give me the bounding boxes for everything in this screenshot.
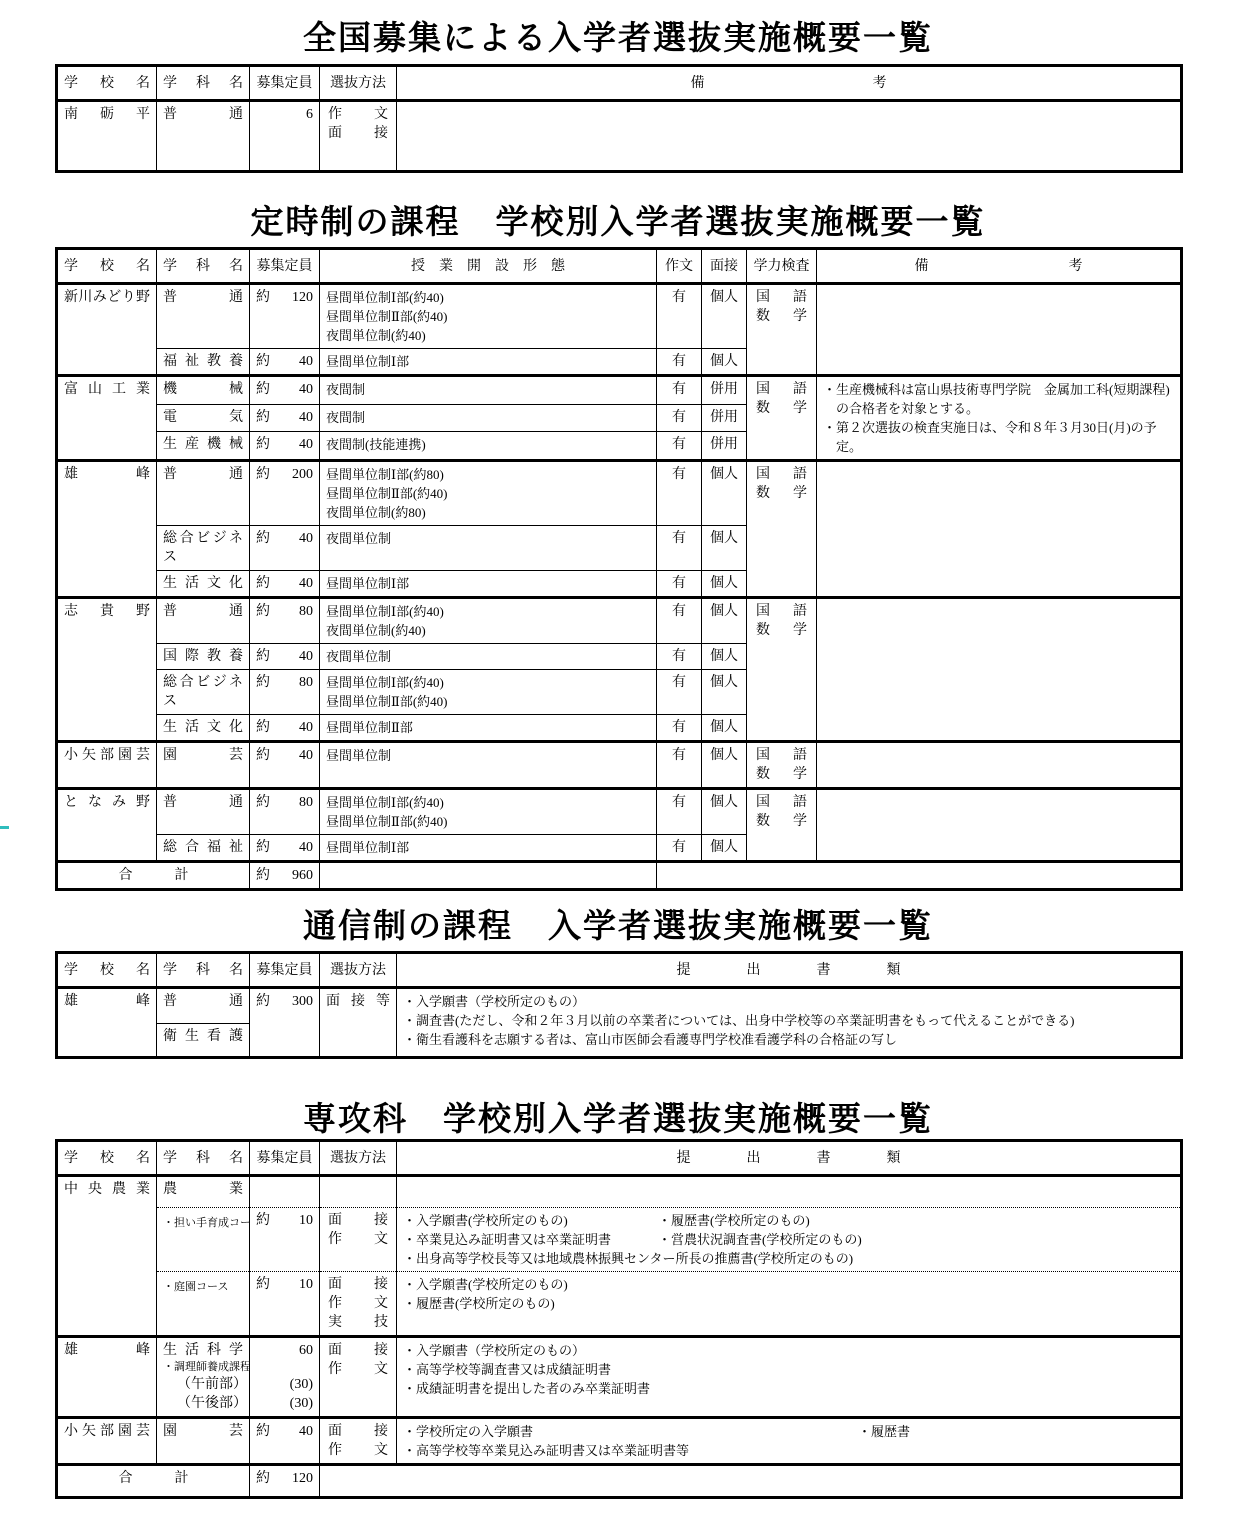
cell-school-name: 南砺平: [57, 101, 157, 172]
doc-item: ・営農状況調査書(学校所定のもの): [658, 1232, 862, 1247]
text-line: ・第２次選抜の検査実施日は、令和８年３月30日(月)の予定。: [823, 418, 1174, 456]
cell-interview: 個人: [702, 715, 747, 742]
text-line: 国語: [753, 602, 810, 621]
cell-documents: [397, 1176, 1182, 1208]
cell-department: 総合福祉: [157, 835, 250, 862]
quota-approx: 約: [256, 408, 270, 427]
text-line: ・入学願書(学校所定のもの): [403, 1275, 1174, 1294]
cell-academic-test: 国語 数学: [747, 789, 817, 862]
national-table: 学校名 学科名 募集定員 選抜方法 備 考 南砺平 普通 6 作文 面接: [55, 64, 1183, 173]
table-row: 南砺平 普通 6 作文 面接: [57, 101, 1182, 172]
quota-value: 10: [299, 1211, 313, 1230]
cell-essay: 有: [657, 349, 702, 376]
cell-empty: [320, 1465, 1182, 1498]
quota-value: 40: [299, 435, 313, 454]
advanced-course-table: 学校名 学科名 募集定員 選抜方法 提 出 書 類 中央農業 農業 ・担い手育成…: [55, 1139, 1183, 1499]
cell-school-name: 志貴野: [57, 598, 157, 742]
text-line: 面接: [326, 1341, 390, 1360]
cell-class-format: [320, 862, 657, 890]
header-quota: 募集定員: [250, 249, 320, 284]
text-line: ・衛生看護科を志願する者は、富山市医師会看護専門学校准看護学科の合格証の写し: [403, 1030, 1174, 1049]
cell-class-format: 昼間単位制Ⅰ部(約80) 昼間単位制Ⅱ部(約40) 夜間単位制(約80): [320, 461, 657, 526]
cell-remarks: [817, 789, 1182, 862]
cell-department: 総合ビジネス: [157, 670, 250, 715]
cell-selection-method: 作文 面接: [320, 101, 397, 172]
correspondence-header-row: 学校名 学科名 募集定員 選抜方法 提 出 書 類: [57, 953, 1182, 988]
quota-value: 80: [299, 673, 313, 692]
text-line: ・入学願書(学校所定のもの)・履歴書(学校所定のもの): [403, 1211, 1174, 1230]
cell-selection-method: 面接 作文: [320, 1337, 397, 1418]
doc-item: ・入学願書(学校所定のもの): [403, 1211, 658, 1230]
cell-interview: 併用: [702, 376, 747, 405]
text-line: 数学: [753, 307, 810, 326]
cell-academic-test: 国語 数学: [747, 742, 817, 789]
header-documents: 提 出 書 類: [397, 1141, 1182, 1176]
cell-department: 機械: [157, 376, 250, 405]
text-line: 数学: [753, 621, 810, 640]
doc-item: ・履歴書(学校所定のもの): [658, 1213, 810, 1228]
cell-department: 農業: [157, 1176, 250, 1208]
parttime-header-row: 学校名 学科名 募集定員 授 業 開 設 形 態 作文 面接 学力検査 備 考: [57, 249, 1182, 284]
table-row: ・担い手育成コース 約10 面接 作文 ・入学願書(学校所定のもの)・履歴書(学…: [57, 1208, 1182, 1272]
cell-quota: 約80: [250, 670, 320, 715]
quota-approx: 約: [256, 1422, 270, 1441]
cell-remarks: [397, 101, 1182, 172]
header-selection-method: 選抜方法: [320, 66, 397, 101]
cell-essay: 有: [657, 789, 702, 835]
text-line: 作文: [326, 1230, 390, 1249]
cell-interview: 個人: [702, 598, 747, 644]
header-school-name: 学校名: [57, 249, 157, 284]
quota-approx: 約: [256, 435, 270, 454]
cell-interview: 個人: [702, 284, 747, 349]
text-line: 実技: [326, 1313, 390, 1332]
cell-school-name: 雄峰: [57, 461, 157, 598]
cell-school-name: 富山工業: [57, 376, 157, 461]
cell-department: ・担い手育成コース: [157, 1208, 250, 1272]
header-selection-method: 選抜方法: [320, 1141, 397, 1176]
cell-class-format: 夜間制(技能連携): [320, 432, 657, 461]
text-line: ・学校所定の入学願書・履歴書: [403, 1422, 1174, 1441]
quota-value: 40: [299, 574, 313, 593]
cell-essay: 有: [657, 715, 702, 742]
text-line: 生活科学: [163, 1341, 243, 1360]
cell-quota: 約300: [250, 988, 320, 1058]
cell-interview: 個人: [702, 644, 747, 670]
cell-essay: 有: [657, 284, 702, 349]
quota-approx: 約: [256, 380, 270, 399]
cell-selection-method: 面接等: [320, 988, 397, 1058]
quota-approx: 約: [256, 992, 270, 1011]
cell-quota: 約40: [250, 349, 320, 376]
text-line: 作文: [326, 105, 390, 124]
text-line: 国語: [753, 380, 810, 399]
cell-quota: 約120: [250, 284, 320, 349]
cell-class-format: 昼間単位制Ⅰ部(約40) 昼間単位制Ⅱ部(約40) 夜間単位制(約40): [320, 284, 657, 349]
header-remarks: 備 考: [397, 66, 1182, 101]
parttime-table: 学校名 学科名 募集定員 授 業 開 設 形 態 作文 面接 学力検査 備 考 …: [55, 247, 1183, 891]
quota-approx: 約: [256, 647, 270, 666]
cell-interview: 個人: [702, 461, 747, 526]
total-row: 合 計 約960: [57, 862, 1182, 890]
cell-selection-method: 面接 作文: [320, 1418, 397, 1465]
table-row: 志貴野 普通 約80 昼間単位制Ⅰ部(約40) 夜間単位制(約40) 有 個人 …: [57, 598, 1182, 644]
cell-quota: 約960: [250, 862, 320, 890]
total-label: 合 計: [57, 1465, 250, 1498]
header-school-name: 学校名: [57, 953, 157, 988]
header-quota: 募集定員: [250, 1141, 320, 1176]
doc-item: ・学校所定の入学願書: [403, 1422, 858, 1441]
quota-value: 40: [299, 718, 313, 737]
table-row: 小矢部園芸 園芸 約40 面接 作文 ・学校所定の入学願書・履歴書 ・高等学校等…: [57, 1418, 1182, 1465]
quota-approx: 約: [256, 793, 270, 812]
cell-essay: 有: [657, 526, 702, 571]
quota-approx: 約: [256, 1469, 270, 1488]
cell-school-name: 新川みどり野: [57, 284, 157, 376]
cell-quota: 約40: [250, 742, 320, 789]
cell-interview: 個人: [702, 571, 747, 598]
cell-essay: 有: [657, 461, 702, 526]
total-label: 合 計: [57, 862, 250, 890]
table-row: 中央農業 農業: [57, 1176, 1182, 1208]
cell-remarks: ・生産機械科は富山県技術専門学院 金属加工科(短期課程)の合格者を対象とする。 …: [817, 376, 1182, 461]
text-line: 数学: [753, 484, 810, 503]
cell-department: 普通: [157, 461, 250, 526]
header-department: 学科名: [157, 953, 250, 988]
advanced-section-title: 専攻科 学校別入学者選抜実施概要一覧: [0, 1093, 1236, 1140]
cell-quota: 約80: [250, 789, 320, 835]
cell-class-format: 昼間単位制Ⅰ部(約40) 夜間単位制(約40): [320, 598, 657, 644]
cell-department: 衛生看護: [157, 1024, 250, 1058]
quota-value: (30): [256, 1394, 313, 1413]
cell-quota: 約40: [250, 404, 320, 432]
cell-department: 生産機械: [157, 432, 250, 461]
text-line: 面接: [326, 124, 390, 143]
text-line: ・卒業見込み証明書又は卒業証明書・営農状況調査書(学校所定のもの): [403, 1230, 1174, 1249]
cell-department: 総合ビジネス: [157, 526, 250, 571]
cell-school-name: 中央農業: [57, 1176, 157, 1337]
cell-interview: 個人: [702, 526, 747, 571]
cell-documents: ・入学願書(学校所定のもの) ・履歴書(学校所定のもの): [397, 1272, 1182, 1337]
quota-approx: 約: [256, 1275, 270, 1294]
quota-approx: 約: [256, 352, 270, 371]
cell-class-format: 夜間単位制: [320, 526, 657, 571]
text-line: （午後部）: [163, 1394, 243, 1413]
header-class-format: 授 業 開 設 形 態: [320, 249, 657, 284]
cell-school-name: 雄峰: [57, 1337, 157, 1418]
quota-value: 40: [299, 838, 313, 857]
text-line: ・高等学校等卒業見込み証明書又は卒業証明書等: [403, 1441, 1174, 1460]
cell-interview: 個人: [702, 789, 747, 835]
cell-quota: 約120: [250, 1465, 320, 1498]
header-essay: 作文: [657, 249, 702, 284]
cell-quota: 約40: [250, 432, 320, 461]
total-row: 合 計 約120: [57, 1465, 1182, 1498]
cell-department: ・庭園コース: [157, 1272, 250, 1337]
national-section-title: 全国募集による入学者選抜実施概要一覧: [0, 12, 1236, 59]
text-line: ・成績証明書を提出した者のみ卒業証明書: [403, 1379, 1174, 1398]
quota-value: 40: [299, 1422, 313, 1441]
cell-department: 普通: [157, 284, 250, 349]
cell-academic-test: 国語 数学: [747, 376, 817, 461]
cell-department: 国際教養: [157, 644, 250, 670]
cell-class-format: 夜間制: [320, 404, 657, 432]
table-row: ・庭園コース 約10 面接 作文 実技 ・入学願書(学校所定のもの) ・履歴書(…: [57, 1272, 1182, 1337]
header-quota: 募集定員: [250, 66, 320, 101]
cell-department: 普通: [157, 598, 250, 644]
quota-value: (30): [256, 1375, 313, 1394]
cell-documents: ・入学願書（学校所定のもの） ・調査書(ただし、令和２年３月以前の卒業者について…: [397, 988, 1182, 1058]
cell-essay: 有: [657, 432, 702, 461]
table-row: となみ野 普通 約80 昼間単位制Ⅰ部(約40) 昼間単位制Ⅱ部(約40) 有 …: [57, 789, 1182, 835]
cell-interview: 個人: [702, 349, 747, 376]
cell-remarks: [817, 284, 1182, 376]
cell-essay: 有: [657, 376, 702, 405]
cell-essay: 有: [657, 742, 702, 789]
header-academic-test: 学力検査: [747, 249, 817, 284]
cell-selection-method: 面接 作文 実技: [320, 1272, 397, 1337]
cell-empty: [657, 862, 1182, 890]
cell-class-format: 昼間単位制Ⅰ部: [320, 349, 657, 376]
cell-documents: ・入学願書（学校所定のもの） ・高等学校等調査書又は成績証明書 ・成績証明書を提…: [397, 1337, 1182, 1418]
doc-item: ・履歴書: [858, 1424, 910, 1439]
quota-approx: 約: [256, 673, 270, 692]
cell-remarks: [817, 742, 1182, 789]
header-selection-method: 選抜方法: [320, 953, 397, 988]
quota-value: 40: [299, 746, 313, 765]
quota-value: 10: [299, 1275, 313, 1294]
cell-class-format: 昼間単位制Ⅱ部: [320, 715, 657, 742]
cell-department: 普通: [157, 789, 250, 835]
cell-school-name: 小矢部園芸: [57, 1418, 157, 1465]
cell-academic-test: 国語 数学: [747, 284, 817, 376]
quota-value: 200: [292, 465, 313, 484]
cell-documents: ・学校所定の入学願書・履歴書 ・高等学校等卒業見込み証明書又は卒業証明書等: [397, 1418, 1182, 1465]
header-interview: 面接: [702, 249, 747, 284]
national-header-row: 学校名 学科名 募集定員 選抜方法 備 考: [57, 66, 1182, 101]
advanced-header-row: 学校名 学科名 募集定員 選抜方法 提 出 書 類: [57, 1141, 1182, 1176]
cell-class-format: 昼間単位制Ⅰ部(約40) 昼間単位制Ⅱ部(約40): [320, 670, 657, 715]
quota-value: 40: [299, 529, 313, 548]
text-line: （午前部）: [163, 1375, 243, 1394]
quota-value: 40: [299, 380, 313, 399]
quota-value: 80: [299, 793, 313, 812]
correspondence-section-title: 通信制の課程 入学者選抜実施概要一覧: [0, 900, 1236, 947]
cell-selection-method: [320, 1176, 397, 1208]
cell-quota: 約40: [250, 571, 320, 598]
text-line: ・生産機械科は富山県技術専門学院 金属加工科(短期課程)の合格者を対象とする。: [823, 380, 1174, 418]
cell-school-name: 小矢部園芸: [57, 742, 157, 789]
cell-essay: 有: [657, 644, 702, 670]
cell-department: 園芸: [157, 1418, 250, 1465]
text-line: 面接: [326, 1211, 390, 1230]
cell-interview: 併用: [702, 404, 747, 432]
cell-class-format: 昼間単位制: [320, 742, 657, 789]
cell-department: 普通: [157, 988, 250, 1024]
cell-remarks: [817, 461, 1182, 598]
quota-value: 120: [292, 288, 313, 307]
quota-approx: 約: [256, 746, 270, 765]
parttime-section-title: 定時制の課程 学校別入学者選抜実施概要一覧: [0, 196, 1236, 243]
quota-value: 6: [306, 105, 313, 124]
cell-class-format: 昼間単位制Ⅰ部: [320, 571, 657, 598]
table-row: 雄峰 普通 約300 面接等 ・入学願書（学校所定のもの） ・調査書(ただし、令…: [57, 988, 1182, 1024]
table-row: 富山工業 機械 約40 夜間制 有 併用 国語 数学 ・生産機械科は富山県技術専…: [57, 376, 1182, 405]
cell-interview: 個人: [702, 742, 747, 789]
text-line: ・入学願書（学校所定のもの）: [403, 992, 1174, 1011]
cell-quota: 約40: [250, 526, 320, 571]
header-school-name: 学校名: [57, 66, 157, 101]
cell-essay: 有: [657, 571, 702, 598]
cell-quota: 約40: [250, 376, 320, 405]
cell-quota: 60 (30) (30): [250, 1337, 320, 1418]
cell-quota: 約40: [250, 644, 320, 670]
text-line: ・履歴書(学校所定のもの): [403, 1294, 1174, 1313]
quota-approx: 約: [256, 602, 270, 621]
quota-value: 960: [292, 866, 313, 885]
cell-quota: 約40: [250, 1418, 320, 1465]
table-row: 雄峰 普通 約200 昼間単位制Ⅰ部(約80) 昼間単位制Ⅱ部(約40) 夜間単…: [57, 461, 1182, 526]
quota-value: 40: [299, 647, 313, 666]
quota-value: 40: [299, 408, 313, 427]
document-page: { "marks": { "left_dash_color": "#2fbdbd…: [0, 0, 1236, 1523]
cell-essay: 有: [657, 835, 702, 862]
text-line: 国語: [753, 793, 810, 812]
quota-value: 60: [256, 1341, 313, 1360]
quota-approx: 約: [256, 718, 270, 737]
spacer: [256, 1360, 313, 1375]
cell-department: 普通: [157, 101, 250, 172]
cell-department: 生活文化: [157, 715, 250, 742]
header-remarks: 備 考: [817, 249, 1182, 284]
cell-essay: 有: [657, 404, 702, 432]
cell-selection-method: 面接 作文: [320, 1208, 397, 1272]
text-line: ・高等学校等調査書又は成績証明書: [403, 1360, 1174, 1379]
cell-school-name: となみ野: [57, 789, 157, 862]
header-quota: 募集定員: [250, 953, 320, 988]
quota-value: 40: [299, 352, 313, 371]
correspondence-table: 学校名 学科名 募集定員 選抜方法 提 出 書 類 雄峰 普通 約300 面接等…: [55, 951, 1183, 1059]
cell-essay: 有: [657, 670, 702, 715]
text-line: 作文: [326, 1441, 390, 1460]
text-line: 数学: [753, 399, 810, 418]
quota-value: 80: [299, 602, 313, 621]
text-line: 面接: [326, 1275, 390, 1294]
cell-quota: 約40: [250, 715, 320, 742]
text-line: 国語: [753, 746, 810, 765]
cell-department: 電気: [157, 404, 250, 432]
text-line: ・出身高等学校長等又は地域農林振興センター所長の推薦書(学校所定のもの): [403, 1249, 1174, 1268]
cell-department: 園芸: [157, 742, 250, 789]
table-row: 新川みどり野 普通 約120 昼間単位制Ⅰ部(約40) 昼間単位制Ⅱ部(約40)…: [57, 284, 1182, 349]
cell-class-format: 昼間単位制Ⅰ部: [320, 835, 657, 862]
table-row: 小矢部園芸 園芸 約40 昼間単位制 有 個人 国語 数学: [57, 742, 1182, 789]
quota-approx: 約: [256, 866, 270, 885]
text-line: 国語: [753, 465, 810, 484]
cell-interview: 個人: [702, 835, 747, 862]
cell-quota: 約200: [250, 461, 320, 526]
text-line: 数学: [753, 765, 810, 784]
quota-approx: 約: [256, 529, 270, 548]
table-row: 雄峰 生活科学 ・調理師養成課程 （午前部） （午後部） 60 (30) (30…: [57, 1337, 1182, 1418]
cell-class-format: 昼間単位制Ⅰ部(約40) 昼間単位制Ⅱ部(約40): [320, 789, 657, 835]
text-line: 面接: [326, 1422, 390, 1441]
cell-interview: 個人: [702, 670, 747, 715]
cell-quota: 約10: [250, 1272, 320, 1337]
quota-value: 300: [292, 992, 313, 1011]
text-line: 作文: [326, 1294, 390, 1313]
cell-quota: [250, 1176, 320, 1208]
cell-quota: 約40: [250, 835, 320, 862]
cell-department: 生活科学 ・調理師養成課程 （午前部） （午後部）: [157, 1337, 250, 1418]
text-line: 作文: [326, 1360, 390, 1379]
cell-academic-test: 国語 数学: [747, 461, 817, 598]
cell-academic-test: 国語 数学: [747, 598, 817, 742]
header-department: 学科名: [157, 1141, 250, 1176]
text-line: ・入学願書（学校所定のもの）: [403, 1341, 1174, 1360]
quota-approx: 約: [256, 574, 270, 593]
quota-value: 120: [292, 1469, 313, 1488]
quota-approx: 約: [256, 288, 270, 307]
quota-approx: 約: [256, 465, 270, 484]
cell-department: 生活文化: [157, 571, 250, 598]
header-documents: 提 出 書 類: [397, 953, 1182, 988]
cell-quota: 6: [250, 101, 320, 172]
text-line: ・調査書(ただし、令和２年３月以前の卒業者については、出身中学校等の卒業証明書を…: [403, 1011, 1174, 1030]
cell-remarks: [817, 598, 1182, 742]
text-line: 数学: [753, 812, 810, 831]
doc-item: ・卒業見込み証明書又は卒業証明書: [403, 1230, 658, 1249]
cell-class-format: 夜間制: [320, 376, 657, 405]
cell-quota: 約80: [250, 598, 320, 644]
text-line: ・調理師養成課程: [163, 1360, 243, 1375]
quota-approx: 約: [256, 838, 270, 857]
text-line: 国語: [753, 288, 810, 307]
cell-interview: 併用: [702, 432, 747, 461]
header-school-name: 学校名: [57, 1141, 157, 1176]
header-department: 学科名: [157, 249, 250, 284]
cell-essay: 有: [657, 598, 702, 644]
cell-department: 福祉教養: [157, 349, 250, 376]
header-department: 学科名: [157, 66, 250, 101]
cell-class-format: 夜間単位制: [320, 644, 657, 670]
scan-mark-cyan: [0, 826, 9, 829]
cell-school-name: 雄峰: [57, 988, 157, 1058]
cell-quota: 約10: [250, 1208, 320, 1272]
cell-documents: ・入学願書(学校所定のもの)・履歴書(学校所定のもの) ・卒業見込み証明書又は卒…: [397, 1208, 1182, 1272]
quota-approx: 約: [256, 1211, 270, 1230]
